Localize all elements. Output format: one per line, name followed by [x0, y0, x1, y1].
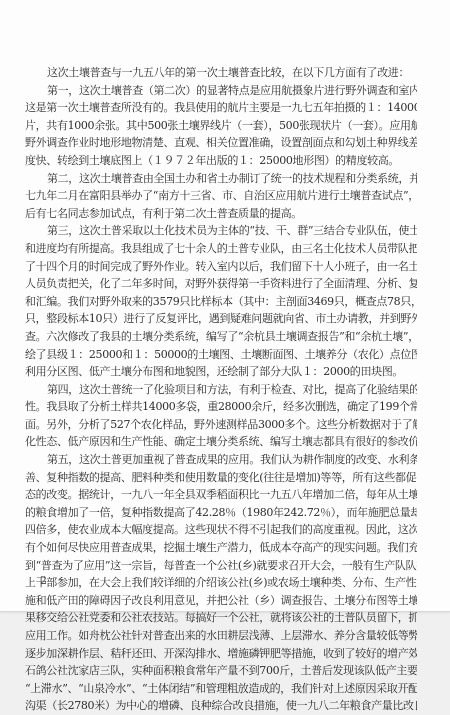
- text-line: 和进度均有所提高。我县组成了七十余人的土普专业队，由三名土化技术人员带队把关，用: [25, 240, 417, 258]
- text-line: 到“普查为了应用”这一宗旨，每普查一个公社(乡)就要求召开大会，一般有生产队队委…: [25, 557, 417, 575]
- text-line: 性。我县取了分析土样共14000多袋，重28000余斤，经多次删选，确定了199…: [25, 398, 417, 416]
- text-line: 化性态、低产原因和生产性能、确定土壤分类系统、编写土壤志都具有很好的参改价值。: [25, 433, 417, 451]
- text-line: 态的改变。据统计，一九八一年全县双季稻面积比一九五八年增加二倍，每年从土壤中收获: [25, 486, 417, 504]
- text-line: 第五，这次土普更加重视了普查成果的应用。我们认为耕作制度的改变、水利条件的改: [25, 451, 417, 469]
- text-line: 人员负责把关，化了二年多时间，对野外获得第一手资料进行了全面清理、分析、复查、转…: [25, 275, 417, 293]
- text-line: 的粮食增加了一倍，复种指数提高了42.28％（1980年242.72％），而年施…: [25, 504, 417, 522]
- text-line: 和汇编。我们对野外取来的3579只比样标本（其中：主剖面3469只，概查点78只…: [25, 293, 417, 311]
- text-line: 查。六次修改了我县的土壤分类系统，编写了“余杭县土壤调查报告”和“余杭土壤”，转: [25, 328, 417, 346]
- text-line: 度快、转绘到土壤底图上（１９７２年出版的１：25000地形图）的精度较高。: [25, 152, 417, 170]
- text-line: 有个如何尽快应用普查成果，挖掘土壤生产潜力，低成本夺高产的现实问题。我们充分注意: [25, 539, 417, 557]
- text-line: 应用工作。如舟枕公社针对普查出来的水田耕层浅薄、上层滞水、养分含量较低等弊病，采…: [25, 627, 417, 633]
- text-line: 第四，这次土普统一了化验项目和方法，有利于检查、对比，提高了化验结果的准确: [25, 381, 417, 399]
- text-line: 利用分区图、低产土壤分布图和地貌图，还绘制了部分大队１：2000的田块图。: [25, 363, 417, 381]
- text-line: 这是第一次土壤普查所没有的。我县使用的航片主要是一九七五年拍摄的１：14000的…: [25, 99, 417, 117]
- text-line: 野外调查作业时地形地物清楚、直观、相关位置准确，设置剖面点和勾划土种界线差错少、…: [25, 134, 417, 152]
- text-line: 这次土壤普查与一九五八年的第一次土壤普查比较，在以下几方面有了改进：: [25, 64, 417, 82]
- text-line: 果移交给公社党委和公社农技站。每搞好一个公社，就将该公社的土普队员留下，抓土普成…: [25, 609, 417, 627]
- text-line: 绘了县级１：25000和１：50000的土壤图、土壤断面图、土壤养分（农化）点位…: [25, 346, 417, 364]
- text-line: 第二，这次土壤普查由全国土办和省土办制订了统一的技术规程和分类系统，并于一九: [25, 170, 417, 188]
- scanned-page: 这次土壤普查与一九五八年的第一次土壤普查比较，在以下几方面有了改进：第一，这次土…: [0, 0, 450, 612]
- text-line: 片，共有1000余张。其中500张土壤界线片（一套），500张现状片（一套）。应…: [25, 117, 417, 135]
- text-line: 了十四个月的时间完成了野外作业。转入室内以后，我们留下十人小班子，由一名土化技术: [25, 258, 417, 276]
- text-line: 上干部参加，在大会上我们较详细的介绍该公社(乡)或农场土壤种类、分布、生产性能、…: [25, 574, 417, 592]
- text-line: 施和低产田的障碍因子改良利用意见，并把公社（乡）调查报告、土壤分布图等土壤调查成: [25, 592, 417, 610]
- text-line: 善、复种指数的提高、肥料种类和使用数量的变化(往往是增加)等等，所有这些都促使土…: [25, 469, 417, 487]
- text-line: 只，整段标本10只）进行了反复评比，遇到疑难问题就向省、市土办请教，并到野外实地…: [25, 310, 417, 328]
- text-line: 四倍多，使农业成本大幅度提高。这些现状不得不引起我们的高度重视。因此，这次普查就: [25, 521, 417, 539]
- page-number: 2: [40, 574, 47, 587]
- text-line: 第一，这次土壤普查（第二次）的显著特点是应用航摄象片进行野外调查和室内判读。: [25, 82, 417, 100]
- body-text: 这次土壤普查与一九五八年的第一次土壤普查比较，在以下几方面有了改进：第一，这次土…: [25, 64, 417, 633]
- text-line: 面。另外，分析了527个农化样品，野外速测样品3000多个。这些分析数据对于了解…: [25, 416, 417, 434]
- text-line: 第三，这次土普采取以土化技术员为主体的“技、干、群”三结合专业队伍，使土普质量: [25, 222, 417, 240]
- text-line: 后有七名同志参加试点，有利于第二次土普查质量的提高。: [25, 205, 417, 223]
- text-line: 七九年二月在富阳县举办了“南方十三省、市、自治区应用航片进行土壤普查试点”，我县…: [25, 187, 417, 205]
